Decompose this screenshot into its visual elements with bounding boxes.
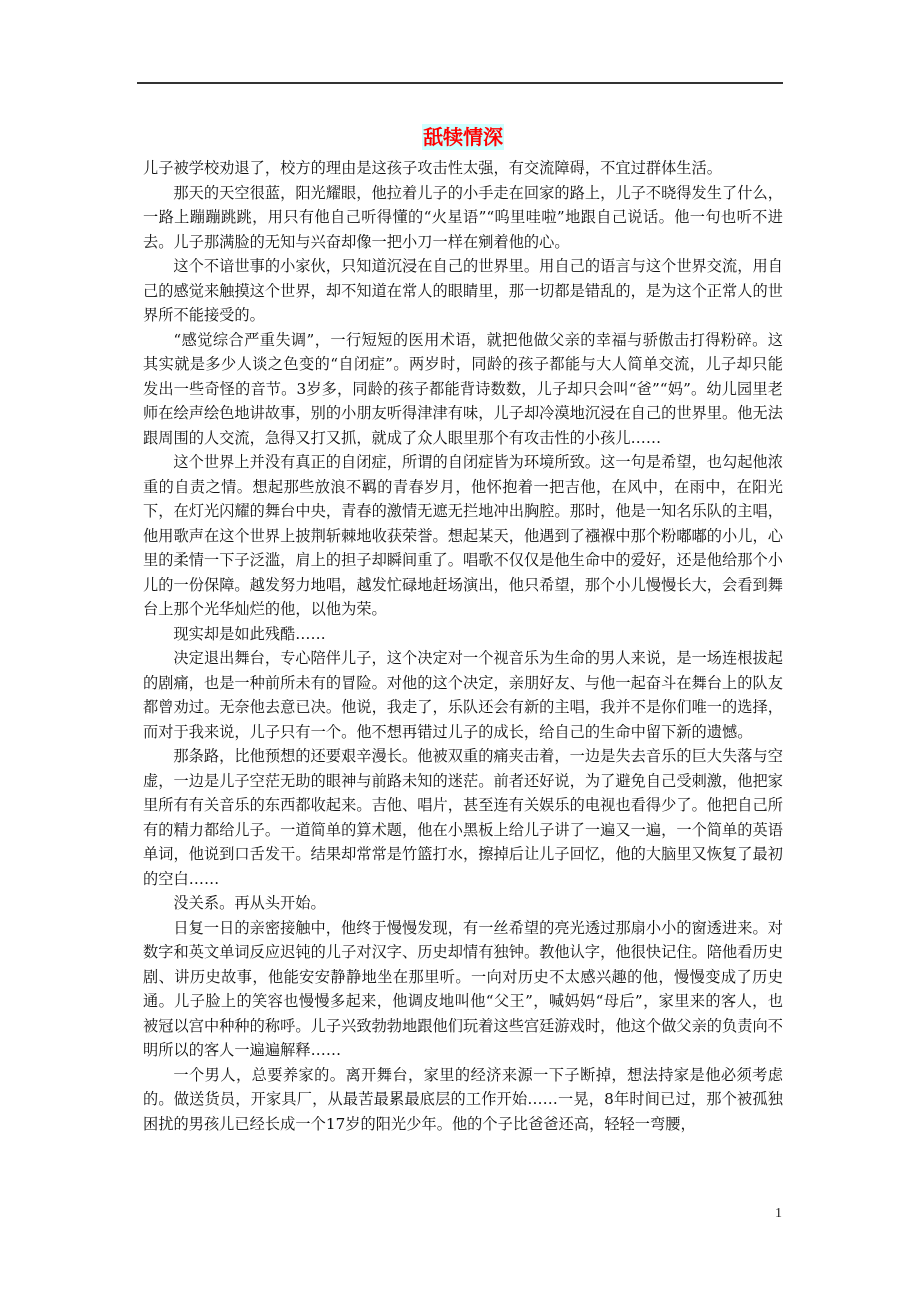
header-rule — [137, 82, 783, 84]
paragraph: 决定退出舞台，专心陪伴儿子，这个决定对一个视音乐为生命的男人来说，是一场连根拔起… — [143, 646, 783, 744]
paragraph: “感觉综合严重失调”，一行短短的医用术语，就把他做父亲的幸福与骄傲击打得粉碎。这… — [143, 328, 783, 451]
article-text: 儿子被学校劝退了，校方的理由是这孩子攻击性太强，有交流障碍，不宜过群体生活。那天… — [143, 156, 783, 1136]
paragraph: 现实却是如此残酷…… — [143, 622, 783, 647]
document-body: 舐犊情深 儿子被学校劝退了，校方的理由是这孩子攻击性太强，有交流障碍，不宜过群体… — [143, 116, 783, 1136]
paragraph: 那天的天空很蓝，阳光耀眼，他拉着儿子的小手走在回家的路上，儿子不晓得发生了什么，… — [143, 181, 783, 255]
paragraph: 这个世界上并没有真正的自闭症，所谓的自闭症皆为环境所致。这一句是希望，也勾起他浓… — [143, 450, 783, 622]
paragraph: 一个男人，总要养家的。离开舞台，家里的经济来源一下子断掉，想法持家是他必须考虑的… — [143, 1063, 783, 1137]
paragraph: 没关系。再从头开始。 — [143, 891, 783, 916]
title-container: 舐犊情深 — [143, 116, 783, 156]
document-title: 舐犊情深 — [422, 124, 504, 150]
page-number: 1 — [775, 1206, 782, 1222]
paragraph: 儿子被学校劝退了，校方的理由是这孩子攻击性太强，有交流障碍，不宜过群体生活。 — [143, 156, 783, 181]
paragraph: 这个不谙世事的小家伙，只知道沉浸在自己的世界里。用自己的语言与这个世界交流，用自… — [143, 254, 783, 328]
paragraph: 日复一日的亲密接触中，他终于慢慢发现，有一丝希望的亮光透过那扇小小的窗透进来。对… — [143, 916, 783, 1063]
paragraph: 那条路，比他预想的还要艰辛漫长。他被双重的痛夹击着，一边是失去音乐的巨大失落与空… — [143, 744, 783, 891]
